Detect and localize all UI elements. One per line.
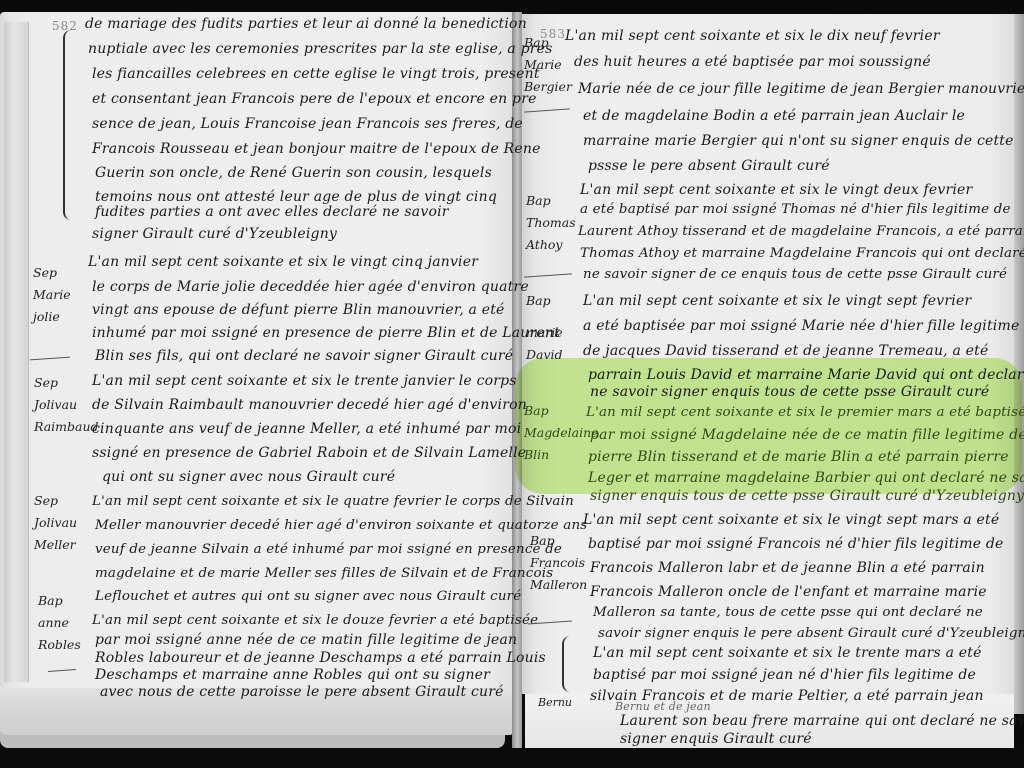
- right-line: L'an mil sept cent soixante et six le vi…: [580, 182, 972, 198]
- left-line: Blin ses fils, qui ont declaré ne savoir…: [95, 348, 513, 364]
- left-line: Meller manouvrier decedé hier agé d'envi…: [95, 518, 587, 533]
- highlighted-line: Leger et marraine magdelaine Barbier qui…: [588, 470, 1024, 486]
- right-line: a eté baptisée par moi ssigné Marie née …: [583, 318, 1019, 334]
- left-line: cinquante ans veuf de jeanne Meller, a e…: [92, 421, 521, 437]
- right-line: Laurent Athoy tisserand et de magdelaine…: [578, 224, 1024, 239]
- left-line: avec nous de cette paroisse le pere abse…: [100, 684, 504, 700]
- right-margin-note: Bap Francois Malleron: [530, 530, 587, 596]
- right-line: et de magdelaine Bodin a eté parrain jea…: [583, 108, 965, 124]
- right-line: signer enquis Girault curé: [620, 731, 812, 747]
- right-line: L'an mil sept cent soixante et six le di…: [565, 28, 940, 44]
- entry-bracket: [562, 636, 574, 692]
- left-line: temoins nous ont attesté leur age de plu…: [95, 189, 497, 205]
- right-line: des huit heures a eté baptisée par moi s…: [574, 54, 931, 70]
- left-line: de Silvain Raimbault manouvrier decedé h…: [92, 397, 527, 413]
- left-line: vingt ans epouse de défunt pierre Blin m…: [92, 302, 505, 318]
- right-line: de jacques David tisserand et de jeanne …: [583, 343, 988, 359]
- right-margin-note: Bap Marie Bergier: [524, 32, 572, 98]
- left-line: Deschamps et marraine anne Robles qui on…: [95, 667, 490, 683]
- left-margin-note: Sep Jolivau Meller: [34, 490, 77, 556]
- left-line: veuf de jeanne Silvain a eté inhumé par …: [95, 542, 562, 557]
- left-margin-note: Sep Jolivau Raimbaud: [34, 372, 99, 438]
- left-line: Guerin son oncle, de René Guerin son cou…: [95, 165, 492, 181]
- left-line: et consentant jean Francois pere de l'ep…: [92, 91, 537, 107]
- left-line: qui ont su signer avec nous Girault curé: [102, 469, 395, 485]
- right-margin-note-highlighted: Bap Magdelaine Blin: [524, 400, 599, 466]
- right-page-edge: [1014, 14, 1024, 714]
- right-line: Francois Malleron oncle de l'enfant et m…: [590, 584, 987, 600]
- left-line: fudites parties a ont avec elles declaré…: [95, 204, 449, 220]
- right-line: Bernu et de jean: [615, 700, 711, 713]
- right-line: L'an mil sept cent soixante et six le vi…: [583, 293, 971, 309]
- right-line: a eté baptisé par moi ssigné Thomas né d…: [580, 202, 1011, 217]
- right-line: Francois Malleron labr et de jeanne Blin…: [590, 560, 985, 576]
- left-margin-note: Bap anne Robles: [38, 590, 81, 656]
- left-line: magdelaine et de marie Meller ses filles…: [95, 566, 553, 581]
- right-line: Thomas Athoy et marraine Magdelaine Fran…: [580, 246, 1024, 261]
- left-line: Leflouchet et autres qui ont su signer a…: [95, 589, 521, 604]
- highlighted-line: signer enquis tous de cette psse Girault…: [590, 488, 1024, 504]
- right-margin-note: Bap Thomas Athoy: [526, 190, 576, 256]
- left-line: sence de jean, Louis Francoise jean Fran…: [92, 116, 523, 132]
- left-line: signer Girault curé d'Yzeubleigny: [92, 226, 337, 242]
- left-line: L'an mil sept cent soixante et six le tr…: [92, 373, 517, 389]
- right-margin-note: Bap marie David: [526, 290, 563, 366]
- right-line: Marie née de ce jour fille legitime de j…: [578, 81, 1024, 97]
- register-spread: 582 de mariage des fudits parties et leu…: [0, 0, 1024, 768]
- highlighted-line: pierre Blin tisserand et de marie Blin a…: [588, 449, 1009, 465]
- highlighted-line: par moi ssigné Magdelaine née de ce mati…: [590, 427, 1024, 443]
- left-line: de mariage des fudits parties et leur ai…: [85, 16, 527, 32]
- left-line: L'an mil sept cent soixante et six le do…: [92, 613, 538, 628]
- right-line: L'an mil sept cent soixante et six le tr…: [593, 645, 982, 661]
- right-line: ne savoir signer de ce enquis tous de ce…: [583, 267, 1007, 282]
- left-line: Robles laboureur et de jeanne Deschamps …: [95, 650, 546, 666]
- left-line: L'an mil sept cent soixante et six le vi…: [88, 254, 478, 270]
- right-line: Malleron sa tante, tous de cette psse qu…: [593, 605, 983, 620]
- left-line: par moi ssigné anne née de ce matin fill…: [95, 632, 517, 648]
- left-line: inhumé par moi ssigné en presence de pie…: [92, 325, 560, 341]
- right-line: L'an mil sept cent soixante et six le vi…: [583, 512, 999, 528]
- entry-bracket: [63, 30, 75, 220]
- left-line: les fiancailles celebrees en cette eglis…: [92, 66, 540, 82]
- left-line: L'an mil sept cent soixante et six le qu…: [92, 494, 574, 509]
- right-line: Laurent son beau frere marraine qui ont …: [620, 713, 1024, 729]
- left-line: Francois Rousseau et jean bonjour maitre…: [92, 141, 541, 157]
- left-line: le corps de Marie jolie deceddée hier ag…: [92, 279, 529, 295]
- left-page-binding-strip: [4, 22, 29, 682]
- left-margin-note: Sep Marie jolie: [33, 262, 71, 328]
- right-line: baptisé par moi ssigné Francois né d'hie…: [588, 536, 1004, 552]
- right-line: baptisé par moi ssigné jean né d'hier fi…: [593, 667, 976, 683]
- bottom-shadow: [0, 748, 1024, 768]
- right-line: pssse le pere absent Girault curé: [588, 158, 830, 174]
- right-line: marraine marie Bergier qui n'ont su sign…: [583, 133, 1014, 149]
- right-line: ne savoir signer enquis tous de cette ps…: [590, 384, 989, 400]
- left-line: ssigné en presence de Gabriel Raboin et …: [92, 445, 526, 461]
- highlighted-line: L'an mil sept cent soixante et six le pr…: [586, 405, 1024, 420]
- right-line: savoir signer enquis le pere absent Gira…: [598, 626, 1024, 641]
- right-margin-note: Bernu: [538, 692, 572, 714]
- left-line: nuptiale avec les ceremonies prescrites …: [88, 41, 553, 57]
